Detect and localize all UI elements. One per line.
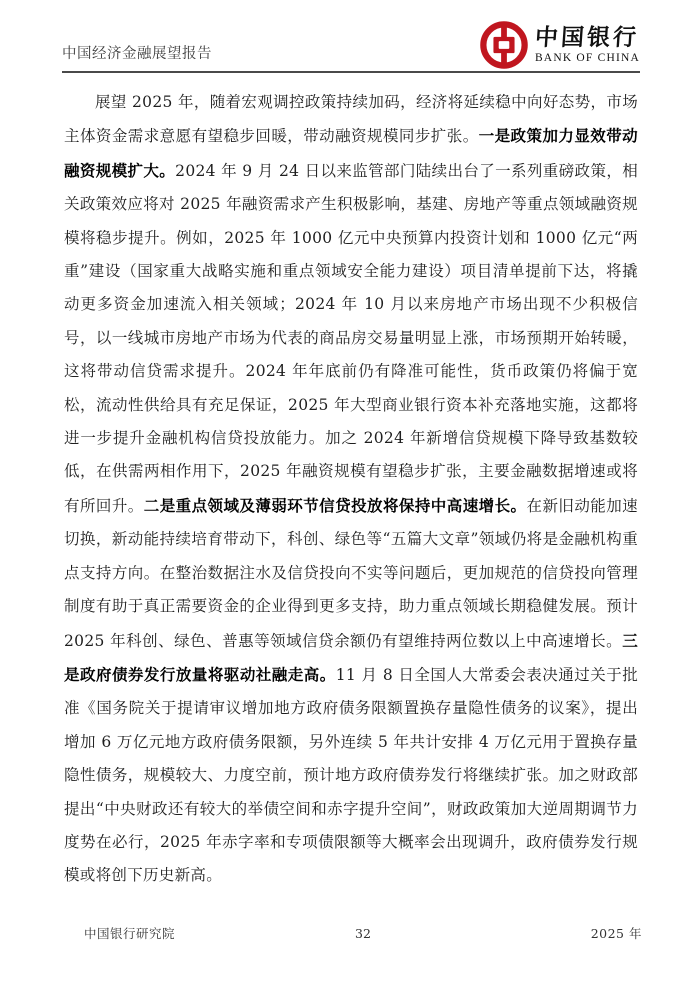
page-header: 中国经济金融展望报告 中国银行 BANK OF CHINA <box>62 0 640 73</box>
footer-institute: 中国银行研究院 <box>62 924 270 942</box>
boc-coin-icon <box>480 21 528 69</box>
logo-wordmark: 中国银行 BANK OF CHINA <box>535 26 640 65</box>
paragraph-text: 11 月 8 日全国人大常委会表决通过关于批准《国务院关于提请审议增加地方政府债… <box>64 666 638 884</box>
footer-year: 2025 年 <box>456 924 642 942</box>
footer-page-number: 32 <box>270 926 456 941</box>
bank-of-china-logo: 中国银行 BANK OF CHINA <box>480 21 640 71</box>
page-content: 展望 2025 年，随着宏观调控政策持续加码，经济将延续稳中向好态势，市场主体资… <box>64 86 638 893</box>
page-footer: 中国银行研究院 32 2025 年 <box>62 924 642 942</box>
logo-cn-name: 中国银行 <box>535 26 641 49</box>
paragraph-text: 在新旧动能加速切换，新动能持续培育带动下，科创、绿色等“五篇大文章”领域仍将是金… <box>64 497 638 650</box>
key-point-heading: 二是重点领域及薄弱环节信贷投放将保持中高速增长。 <box>144 496 527 515</box>
report-title: 中国经济金融展望报告 <box>62 42 212 71</box>
logo-en-name: BANK OF CHINA <box>535 53 640 65</box>
document-page: 中国经济金融展望报告 中国银行 BANK OF CHINA 展望 2025 年，… <box>0 0 700 990</box>
paragraph-text: 2024 年 9 月 24 日以来监管部门陆续出台了一系列重磅政策，相关政策效应… <box>64 162 638 515</box>
body-paragraph: 展望 2025 年，随着宏观调控政策持续加码，经济将延续稳中向好态势，市场主体资… <box>64 86 638 893</box>
